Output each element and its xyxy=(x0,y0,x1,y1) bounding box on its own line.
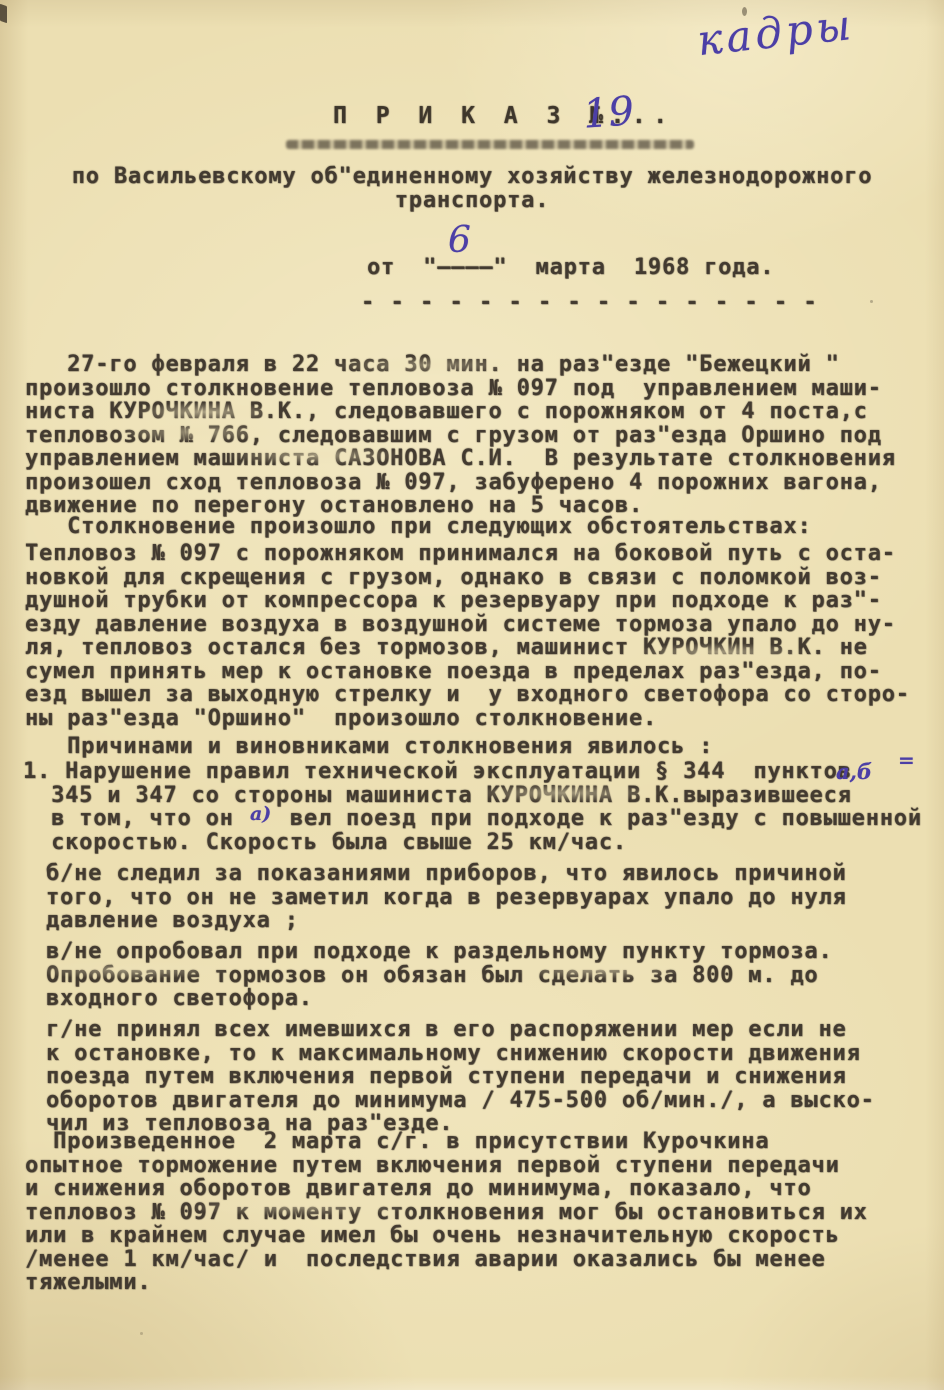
circumstances-paragraph: Тепловоз № 097 с порожняком принимался н… xyxy=(25,542,937,730)
title-underline-rule xyxy=(286,140,694,149)
paper-speck xyxy=(742,7,747,16)
date-line: от "————" марта 1968 года. xyxy=(367,256,774,280)
handwritten-sub-item-a: а) xyxy=(250,803,271,825)
dashed-separator: - - - - - - - - - - - - - - - - xyxy=(361,291,818,315)
paper-speck xyxy=(870,300,873,303)
scanned-order-document: кадры П Р И К А З №... 19 по Васильевско… xyxy=(0,0,944,1390)
experiment-paragraph: Произведенное 2 марта с/г. в присутствии… xyxy=(25,1130,937,1295)
handwritten-equals-mark: = xyxy=(898,748,915,772)
handwritten-order-number: 19 xyxy=(581,88,635,137)
violation-item-v: в/не опробовал при подходе к раздельному… xyxy=(46,940,936,1011)
paper-speck xyxy=(0,4,7,24)
violation-item-b: б/не следил за показаниями приборов, что… xyxy=(46,862,936,933)
handwritten-points-ab: а,б xyxy=(836,759,872,784)
intro-paragraph: 27-го февраля в 22 часа 30 мин. на раз"е… xyxy=(25,353,937,518)
causes-heading: Причинами и виновниками столкновения яви… xyxy=(25,735,937,759)
violation-item-1: 1. Нарушение правил технической эксплуат… xyxy=(23,760,938,854)
handwritten-date-day: 6 xyxy=(448,220,471,261)
organization-line: по Васильевскому об"единенному хозяйству… xyxy=(57,165,887,212)
paper-speck xyxy=(140,1332,143,1335)
violation-item-g: г/не принял всех имевшихся в его распоря… xyxy=(46,1018,936,1136)
handwritten-note-kadry: кадры xyxy=(695,0,857,65)
circumstances-heading: Столкновение произошло при следующих обс… xyxy=(25,515,937,539)
